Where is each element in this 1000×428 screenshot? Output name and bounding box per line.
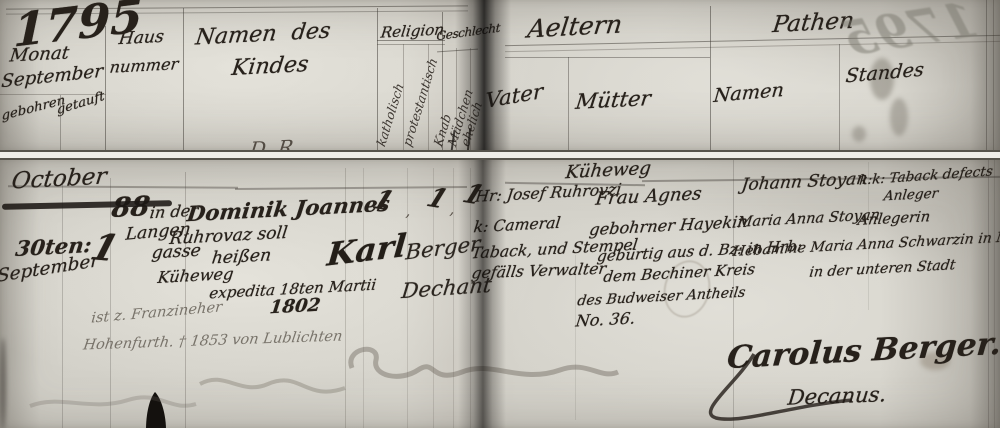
vertical-rule bbox=[183, 8, 184, 152]
record-strip: October 30ten: 1 September 88 in der Lan… bbox=[0, 158, 1000, 428]
column-parents-label: Aeltern bbox=[526, 12, 624, 42]
month-word-label: Monat bbox=[9, 44, 71, 65]
column-child-name-label-1: Namen des bbox=[194, 21, 332, 50]
cut-off-entry-fragment: D. R. bbox=[249, 137, 301, 152]
column-house-number-label-2: nummer bbox=[109, 56, 180, 76]
horizontal-rule bbox=[377, 44, 445, 45]
column-mother-label: Mütter bbox=[574, 88, 652, 113]
column-house-number-label-1: Haus bbox=[118, 29, 165, 48]
vertical-rule bbox=[986, 0, 987, 152]
book-gutter bbox=[458, 160, 506, 428]
column-religion-label: Religion bbox=[380, 22, 445, 40]
horizontal-rule bbox=[505, 57, 710, 58]
bleedthrough-scrawl bbox=[30, 397, 196, 406]
column-godparent-names-label: Namen bbox=[713, 81, 785, 106]
vertical-rule bbox=[839, 44, 840, 152]
book-gutter bbox=[455, 0, 511, 150]
month-name-label: September bbox=[1, 63, 104, 91]
ink-bleed-blot bbox=[890, 98, 908, 136]
header-strip: 1795 Monat September gebohren getauft Ha… bbox=[0, 0, 1000, 152]
vertical-rule bbox=[993, 0, 994, 152]
ghost-year-bleedthrough: 1795 bbox=[837, 0, 983, 64]
vertical-rule bbox=[568, 57, 569, 152]
ink-bleed-blot bbox=[852, 126, 866, 142]
column-child-name-label-2: Kindes bbox=[230, 54, 309, 80]
register-scan-page: { "colors": { "paper": "#d5d3cb", "ink":… bbox=[0, 0, 1000, 428]
bleedthrough-scrawl bbox=[200, 380, 345, 392]
signature-flourish bbox=[711, 354, 852, 419]
vertical-rule bbox=[710, 6, 711, 152]
